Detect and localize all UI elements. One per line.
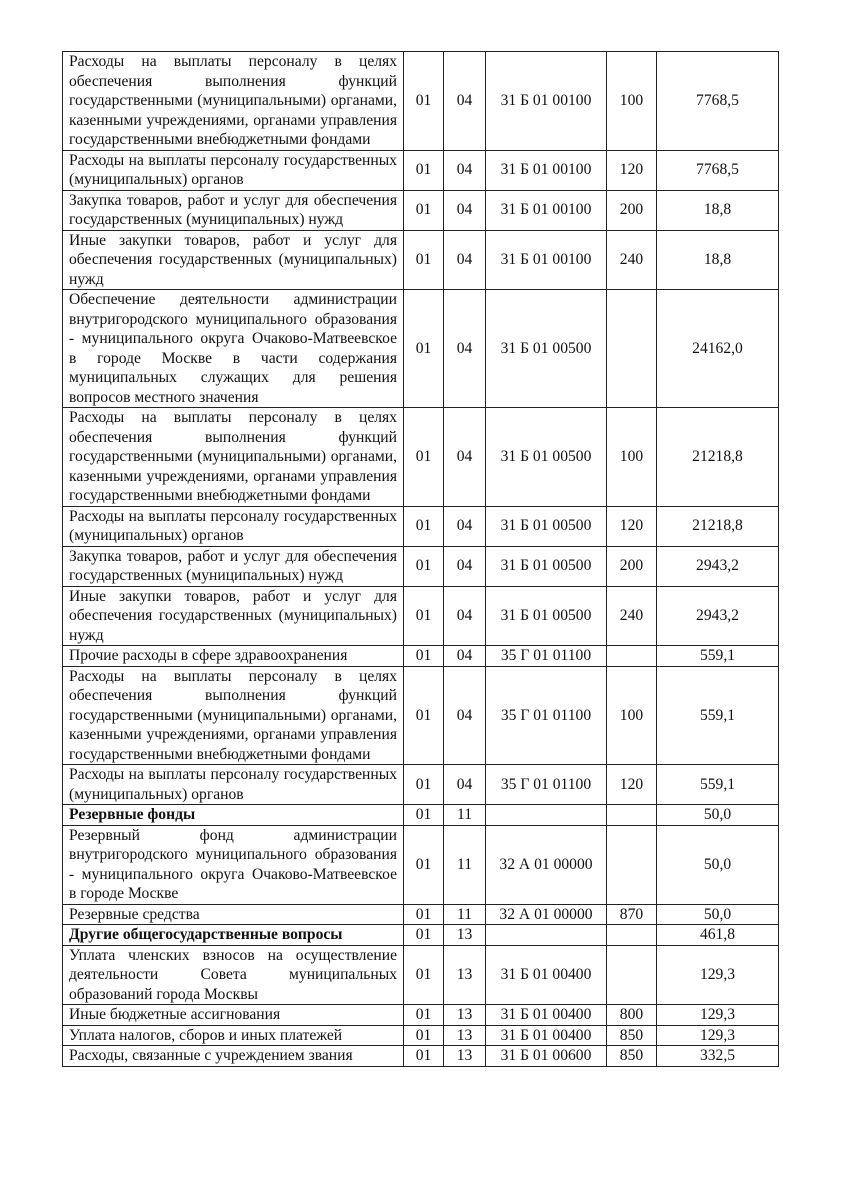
row-name-cell: Резервный фонд администрации внутригород…	[63, 825, 404, 904]
expense-type-cell: 120	[607, 765, 657, 805]
amount-cell: 559,1	[657, 765, 779, 805]
amount-cell: 559,1	[657, 666, 779, 765]
amount-cell: 24162,0	[657, 290, 779, 408]
section-code-cell: 01	[404, 765, 444, 805]
row-name-cell: Расходы на выплаты персоналу государстве…	[63, 765, 404, 805]
table-row: Обеспечение деятельности администрации в…	[63, 290, 779, 408]
subsection-code-cell: 04	[444, 230, 486, 290]
table-row: Закупка товаров, работ и услуг для обесп…	[63, 546, 779, 586]
section-code-cell: 01	[404, 666, 444, 765]
expense-type-cell: 120	[607, 150, 657, 190]
amount-cell: 7768,5	[657, 52, 779, 151]
table-row: Прочие расходы в сфере здравоохранения01…	[63, 646, 779, 667]
amount-cell: 21218,8	[657, 408, 779, 507]
table-row: Расходы на выплаты персоналу в целях обе…	[63, 666, 779, 765]
amount-cell: 18,8	[657, 190, 779, 230]
section-code-cell: 01	[404, 190, 444, 230]
row-name-cell: Закупка товаров, работ и услуг для обесп…	[63, 190, 404, 230]
section-code-cell: 01	[404, 290, 444, 408]
target-article-cell: 31 Б 01 00600	[486, 1046, 607, 1067]
row-name-cell: Прочие расходы в сфере здравоохранения	[63, 646, 404, 667]
table-row: Расходы на выплаты персоналу государстве…	[63, 150, 779, 190]
row-name-cell: Резервные средства	[63, 904, 404, 925]
amount-cell: 461,8	[657, 925, 779, 946]
target-article-cell: 31 Б 01 00400	[486, 1025, 607, 1046]
expense-type-cell	[607, 925, 657, 946]
section-code-cell: 01	[404, 408, 444, 507]
expense-type-cell	[607, 825, 657, 904]
expense-type-cell: 850	[607, 1046, 657, 1067]
target-article-cell: 31 Б 01 00500	[486, 408, 607, 507]
table-row: Иные закупки товаров, работ и услуг для …	[63, 230, 779, 290]
expense-type-cell: 240	[607, 586, 657, 646]
row-name-cell: Закупка товаров, работ и услуг для обесп…	[63, 546, 404, 586]
section-code-cell: 01	[404, 1046, 444, 1067]
target-article-cell: 31 Б 01 00500	[486, 546, 607, 586]
table-row: Резервные средства011132 А 01 0000087050…	[63, 904, 779, 925]
expense-type-cell: 100	[607, 666, 657, 765]
target-article-cell: 31 Б 01 00500	[486, 506, 607, 546]
table-row: Другие общегосударственные вопросы011346…	[63, 925, 779, 946]
subsection-code-cell: 13	[444, 945, 486, 1005]
target-article-cell: 35 Г 01 01100	[486, 666, 607, 765]
table-row: Резервные фонды011150,0	[63, 805, 779, 826]
target-article-cell: 35 Г 01 01100	[486, 646, 607, 667]
row-name-cell: Расходы на выплаты персоналу в целях обе…	[63, 52, 404, 151]
subsection-code-cell: 11	[444, 805, 486, 826]
amount-cell: 50,0	[657, 805, 779, 826]
target-article-cell: 31 Б 01 00100	[486, 52, 607, 151]
budget-table-body: Расходы на выплаты персоналу в целях обе…	[63, 52, 779, 1067]
section-code-cell: 01	[404, 925, 444, 946]
amount-cell: 2943,2	[657, 546, 779, 586]
subsection-code-cell: 13	[444, 1025, 486, 1046]
target-article-cell	[486, 805, 607, 826]
amount-cell: 21218,8	[657, 506, 779, 546]
subsection-code-cell: 04	[444, 646, 486, 667]
subsection-code-cell: 04	[444, 765, 486, 805]
target-article-cell: 32 А 01 00000	[486, 825, 607, 904]
section-code-cell: 01	[404, 230, 444, 290]
expense-type-cell: 240	[607, 230, 657, 290]
row-name-cell: Уплата членских взносов на осуществление…	[63, 945, 404, 1005]
table-row: Расходы на выплаты персоналу в целях обе…	[63, 52, 779, 151]
expense-type-cell: 120	[607, 506, 657, 546]
expense-type-cell: 100	[607, 408, 657, 507]
table-row: Расходы на выплаты персоналу государстве…	[63, 506, 779, 546]
table-row: Иные бюджетные ассигнования011331 Б 01 0…	[63, 1005, 779, 1026]
expense-type-cell: 200	[607, 546, 657, 586]
row-name-cell: Расходы на выплаты персоналу в целях обе…	[63, 666, 404, 765]
subsection-code-cell: 04	[444, 52, 486, 151]
expense-type-cell: 200	[607, 190, 657, 230]
subsection-code-cell: 13	[444, 1005, 486, 1026]
target-article-cell	[486, 925, 607, 946]
target-article-cell: 31 Б 01 00500	[486, 290, 607, 408]
table-row: Закупка товаров, работ и услуг для обесп…	[63, 190, 779, 230]
section-code-cell: 01	[404, 506, 444, 546]
subsection-code-cell: 11	[444, 825, 486, 904]
row-name-cell: Расходы на выплаты персоналу в целях обе…	[63, 408, 404, 507]
subsection-code-cell: 04	[444, 586, 486, 646]
budget-table: Расходы на выплаты персоналу в целях обе…	[62, 51, 779, 1067]
section-code-cell: 01	[404, 1025, 444, 1046]
target-article-cell: 31 Б 01 00400	[486, 945, 607, 1005]
subsection-code-cell: 04	[444, 150, 486, 190]
expense-type-cell	[607, 646, 657, 667]
subsection-code-cell: 04	[444, 290, 486, 408]
subsection-code-cell: 04	[444, 546, 486, 586]
section-code-cell: 01	[404, 945, 444, 1005]
subsection-code-cell: 04	[444, 506, 486, 546]
subsection-code-cell: 04	[444, 190, 486, 230]
table-row: Резервный фонд администрации внутригород…	[63, 825, 779, 904]
section-code-cell: 01	[404, 825, 444, 904]
subsection-code-cell: 11	[444, 904, 486, 925]
expense-type-cell	[607, 945, 657, 1005]
row-name-cell: Расходы, связанные с учреждением звания	[63, 1046, 404, 1067]
row-name-cell: Резервные фонды	[63, 805, 404, 826]
section-code-cell: 01	[404, 150, 444, 190]
target-article-cell: 31 Б 01 00100	[486, 230, 607, 290]
target-article-cell: 31 Б 01 00500	[486, 586, 607, 646]
row-name-cell: Иные бюджетные ассигнования	[63, 1005, 404, 1026]
amount-cell: 559,1	[657, 646, 779, 667]
table-row: Расходы на выплаты персоналу государстве…	[63, 765, 779, 805]
amount-cell: 129,3	[657, 1005, 779, 1026]
section-code-cell: 01	[404, 646, 444, 667]
row-name-cell: Уплата налогов, сборов и иных платежей	[63, 1025, 404, 1046]
section-code-cell: 01	[404, 1005, 444, 1026]
amount-cell: 129,3	[657, 1025, 779, 1046]
expense-type-cell: 870	[607, 904, 657, 925]
expense-type-cell: 800	[607, 1005, 657, 1026]
table-row: Уплата членских взносов на осуществление…	[63, 945, 779, 1005]
subsection-code-cell: 04	[444, 408, 486, 507]
amount-cell: 50,0	[657, 825, 779, 904]
table-row: Иные закупки товаров, работ и услуг для …	[63, 586, 779, 646]
target-article-cell: 31 Б 01 00100	[486, 190, 607, 230]
amount-cell: 2943,2	[657, 586, 779, 646]
expense-type-cell	[607, 805, 657, 826]
expense-type-cell: 850	[607, 1025, 657, 1046]
amount-cell: 7768,5	[657, 150, 779, 190]
section-code-cell: 01	[404, 586, 444, 646]
expense-type-cell	[607, 290, 657, 408]
target-article-cell: 35 Г 01 01100	[486, 765, 607, 805]
row-name-cell: Расходы на выплаты персоналу государстве…	[63, 506, 404, 546]
table-row: Уплата налогов, сборов и иных платежей01…	[63, 1025, 779, 1046]
subsection-code-cell: 13	[444, 925, 486, 946]
subsection-code-cell: 04	[444, 666, 486, 765]
amount-cell: 129,3	[657, 945, 779, 1005]
row-name-cell: Обеспечение деятельности администрации в…	[63, 290, 404, 408]
amount-cell: 18,8	[657, 230, 779, 290]
row-name-cell: Другие общегосударственные вопросы	[63, 925, 404, 946]
expense-type-cell: 100	[607, 52, 657, 151]
section-code-cell: 01	[404, 546, 444, 586]
amount-cell: 50,0	[657, 904, 779, 925]
subsection-code-cell: 13	[444, 1046, 486, 1067]
target-article-cell: 32 А 01 00000	[486, 904, 607, 925]
table-row: Расходы на выплаты персоналу в целях обе…	[63, 408, 779, 507]
amount-cell: 332,5	[657, 1046, 779, 1067]
row-name-cell: Иные закупки товаров, работ и услуг для …	[63, 586, 404, 646]
document-page: Расходы на выплаты персоналу в целях обе…	[62, 51, 779, 1067]
row-name-cell: Иные закупки товаров, работ и услуг для …	[63, 230, 404, 290]
row-name-cell: Расходы на выплаты персоналу государстве…	[63, 150, 404, 190]
target-article-cell: 31 Б 01 00100	[486, 150, 607, 190]
section-code-cell: 01	[404, 52, 444, 151]
target-article-cell: 31 Б 01 00400	[486, 1005, 607, 1026]
section-code-cell: 01	[404, 904, 444, 925]
section-code-cell: 01	[404, 805, 444, 826]
table-row: Расходы, связанные с учреждением звания0…	[63, 1046, 779, 1067]
